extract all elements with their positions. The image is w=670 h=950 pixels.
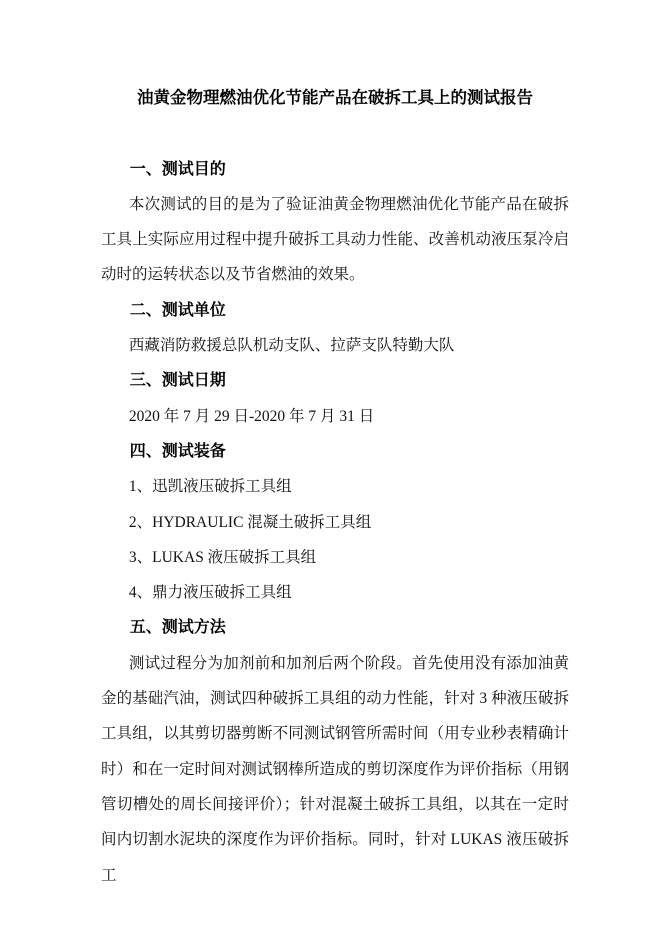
document-title: 油黄金物理燃油优化节能产品在破拆工具上的测试报告 [101,81,569,116]
unit-paragraph: 西藏消防救援总队机动支队、拉萨支队特勤大队 [101,328,569,363]
equipment-item-4: 4、鼎力液压破拆工具组 [101,575,569,610]
equipment-item-2: 2、HYDRAULIC 混凝土破拆工具组 [101,505,569,540]
date-paragraph: 2020 年 7 月 29 日-2020 年 7 月 31 日 [101,399,569,434]
equipment-item-1: 1、迅凯液压破拆工具组 [101,469,569,504]
section-heading-3: 三、测试日期 [101,363,569,398]
equipment-item-3: 3、LUKAS 液压破拆工具组 [101,540,569,575]
section-test-unit: 二、测试单位 西藏消防救援总队机动支队、拉萨支队特勤大队 [101,293,569,364]
section-heading-4: 四、测试装备 [101,434,569,469]
section-heading-5: 五、测试方法 [101,610,569,645]
section-test-purpose: 一、测试目的 本次测试的目的是为了验证油黄金物理燃油优化节能产品在破拆工具上实际… [101,152,569,293]
document-page: 油黄金物理燃油优化节能产品在破拆工具上的测试报告 一、测试目的 本次测试的目的是… [0,0,670,950]
purpose-paragraph: 本次测试的目的是为了验证油黄金物理燃油优化节能产品在破拆工具上实际应用过程中提升… [101,187,569,293]
section-test-method: 五、测试方法 测试过程分为加剂前和加剂后两个阶段。首先使用没有添加油黄金的基础汽… [101,610,569,892]
section-heading-2: 二、测试单位 [101,293,569,328]
method-paragraph: 测试过程分为加剂前和加剂后两个阶段。首先使用没有添加油黄金的基础汽油，测试四种破… [101,646,569,893]
section-test-equipment: 四、测试装备 1、迅凯液压破拆工具组 2、HYDRAULIC 混凝土破拆工具组 … [101,434,569,610]
document-content: 油黄金物理燃油优化节能产品在破拆工具上的测试报告 一、测试目的 本次测试的目的是… [101,81,569,893]
section-heading-1: 一、测试目的 [101,152,569,187]
section-test-date: 三、测试日期 2020 年 7 月 29 日-2020 年 7 月 31 日 [101,363,569,434]
title-spacer [101,116,569,151]
